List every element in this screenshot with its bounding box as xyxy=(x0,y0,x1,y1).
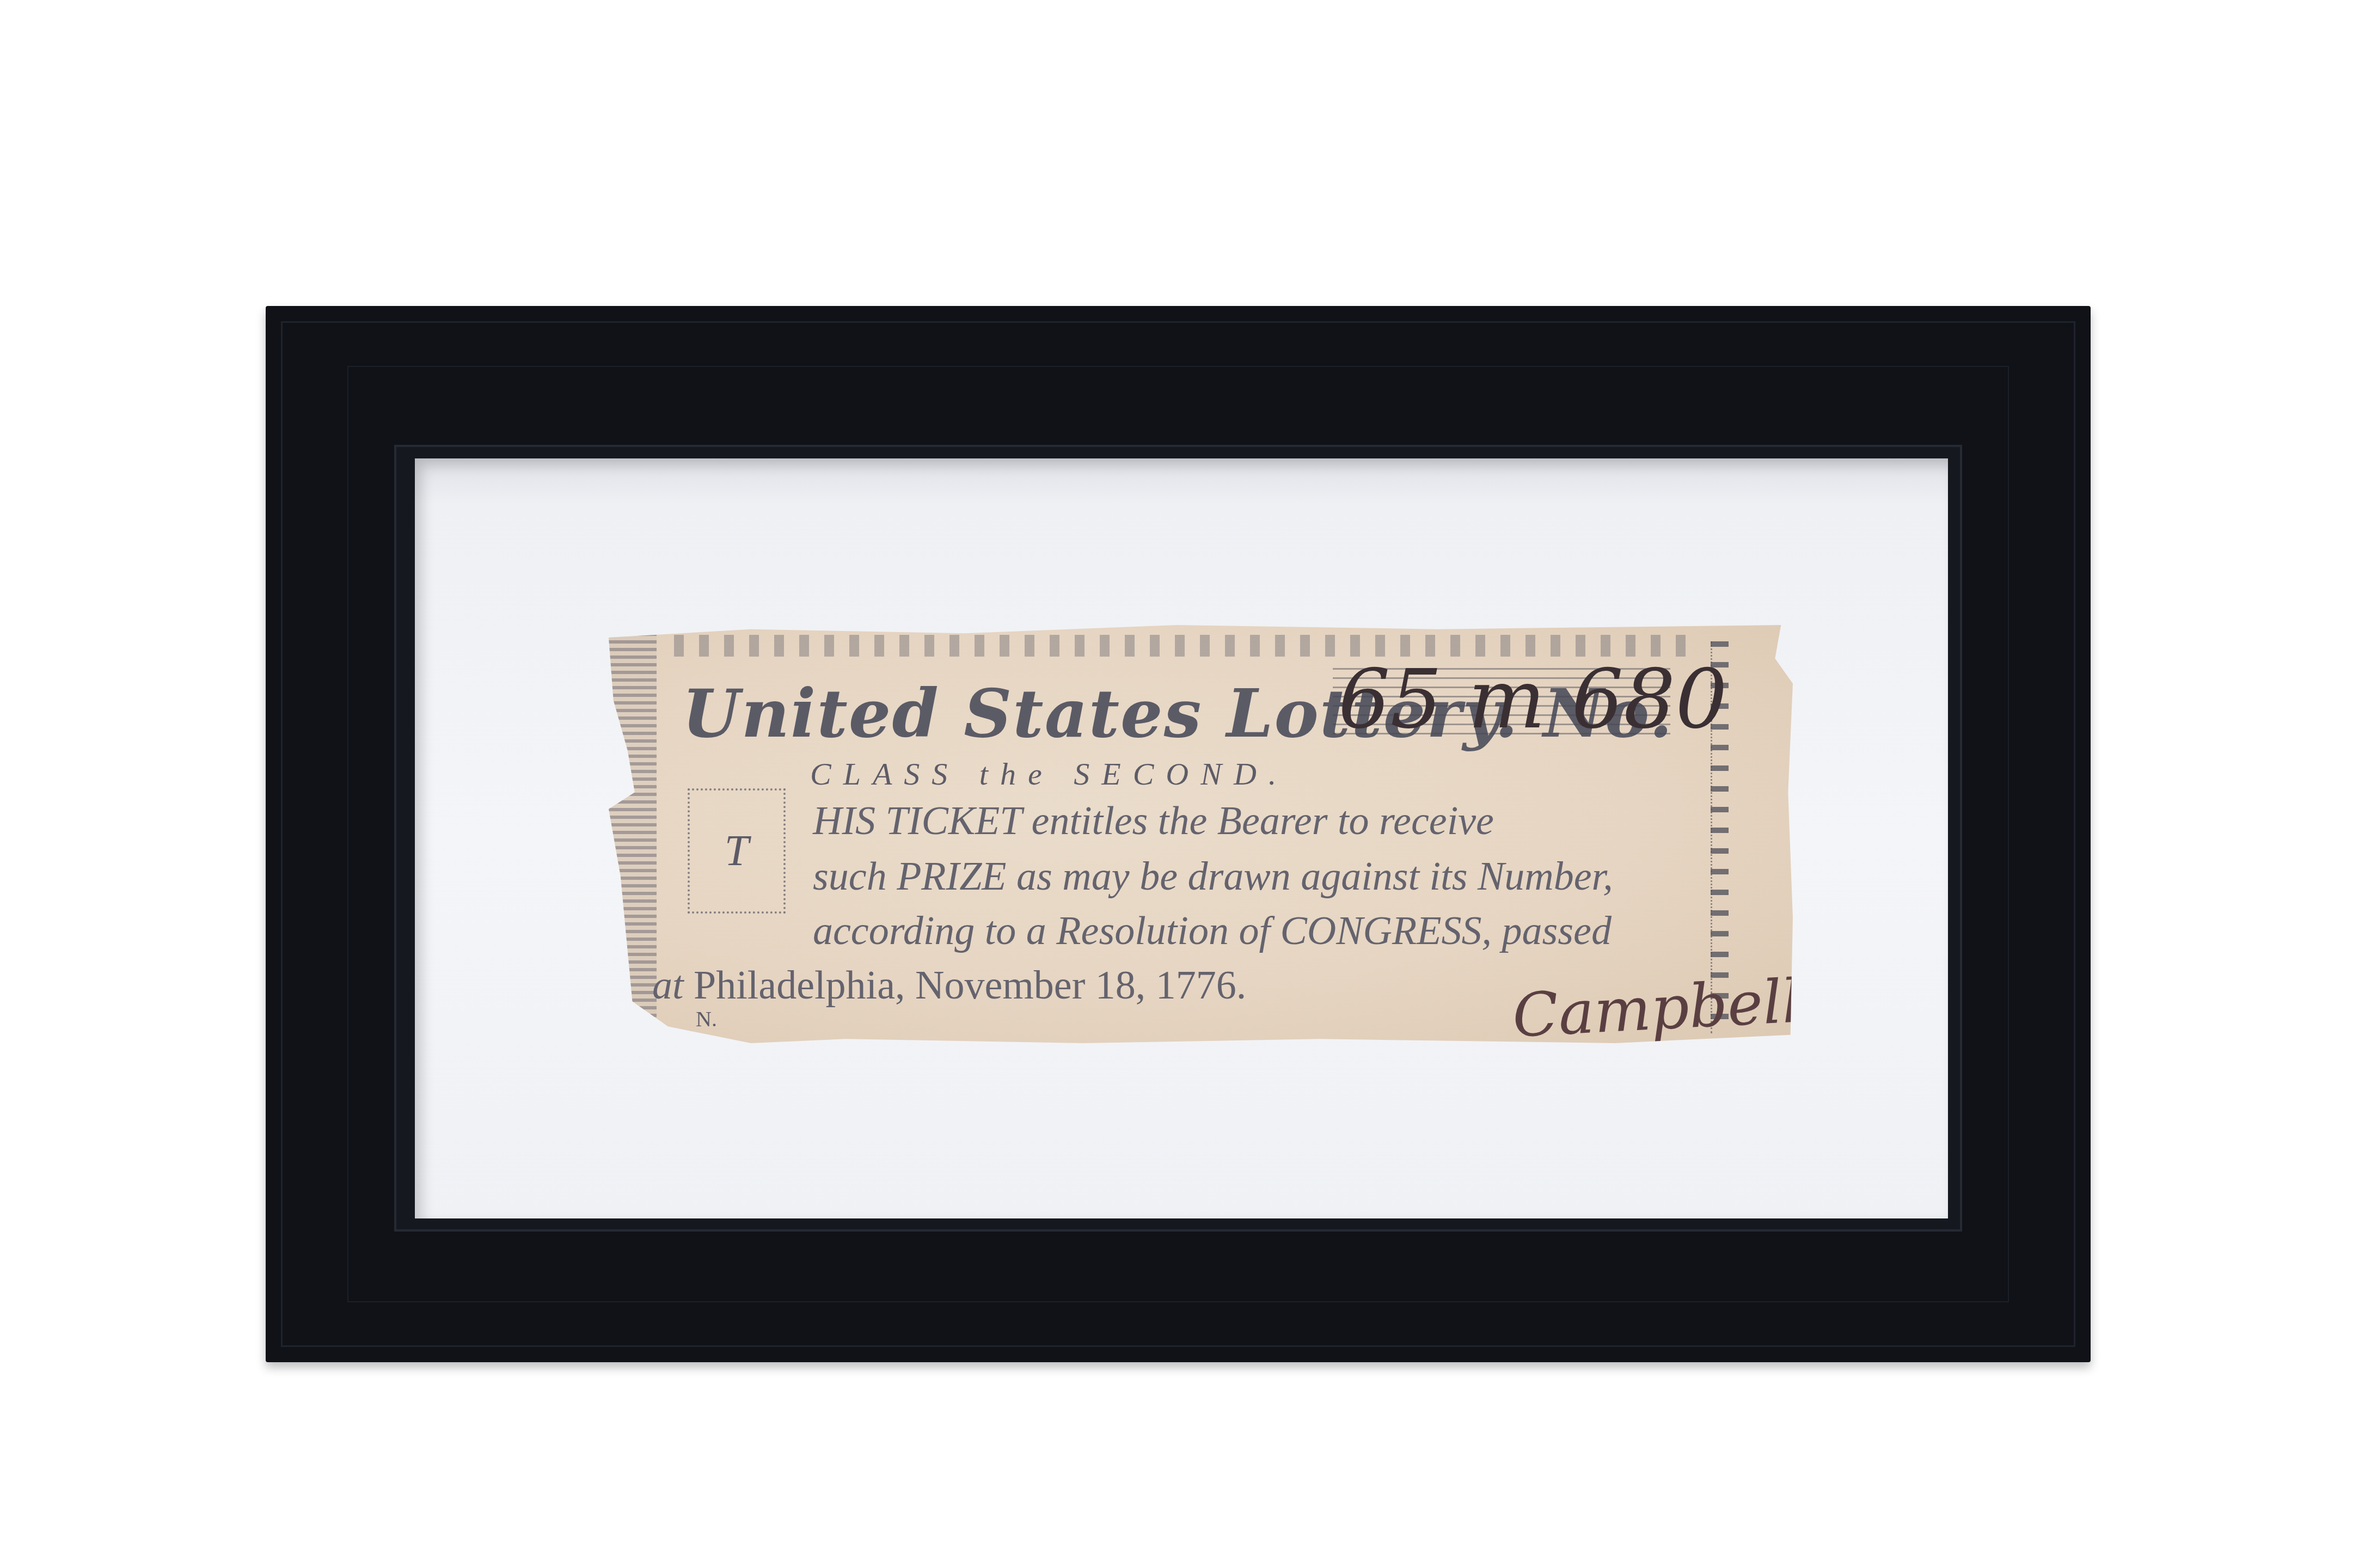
body-line-1: HIS TICKET entitles the Bearer to receiv… xyxy=(813,798,1494,844)
body-line-3: according to a Resolution of CONGRESS, p… xyxy=(813,908,1612,954)
initial-letter: T xyxy=(725,826,749,876)
lottery-ticket: United States Lottery. No. 65 m 680 CLAS… xyxy=(609,625,1793,1043)
body-line-2: such PRIZE as may be drawn against its N… xyxy=(813,854,1613,900)
location-prefix: at xyxy=(652,963,684,1008)
ornamental-initial: T xyxy=(688,788,786,914)
ticket-number: 65 m 680 xyxy=(1338,652,1727,747)
class-line: CLASS the SECOND. xyxy=(810,756,1288,792)
location-date-line: at Philadelphia, November 18, 1776. xyxy=(652,963,1246,1009)
corner-mark: N. xyxy=(696,1006,717,1032)
location-date: Philadelphia, November 18, 1776. xyxy=(694,963,1246,1008)
